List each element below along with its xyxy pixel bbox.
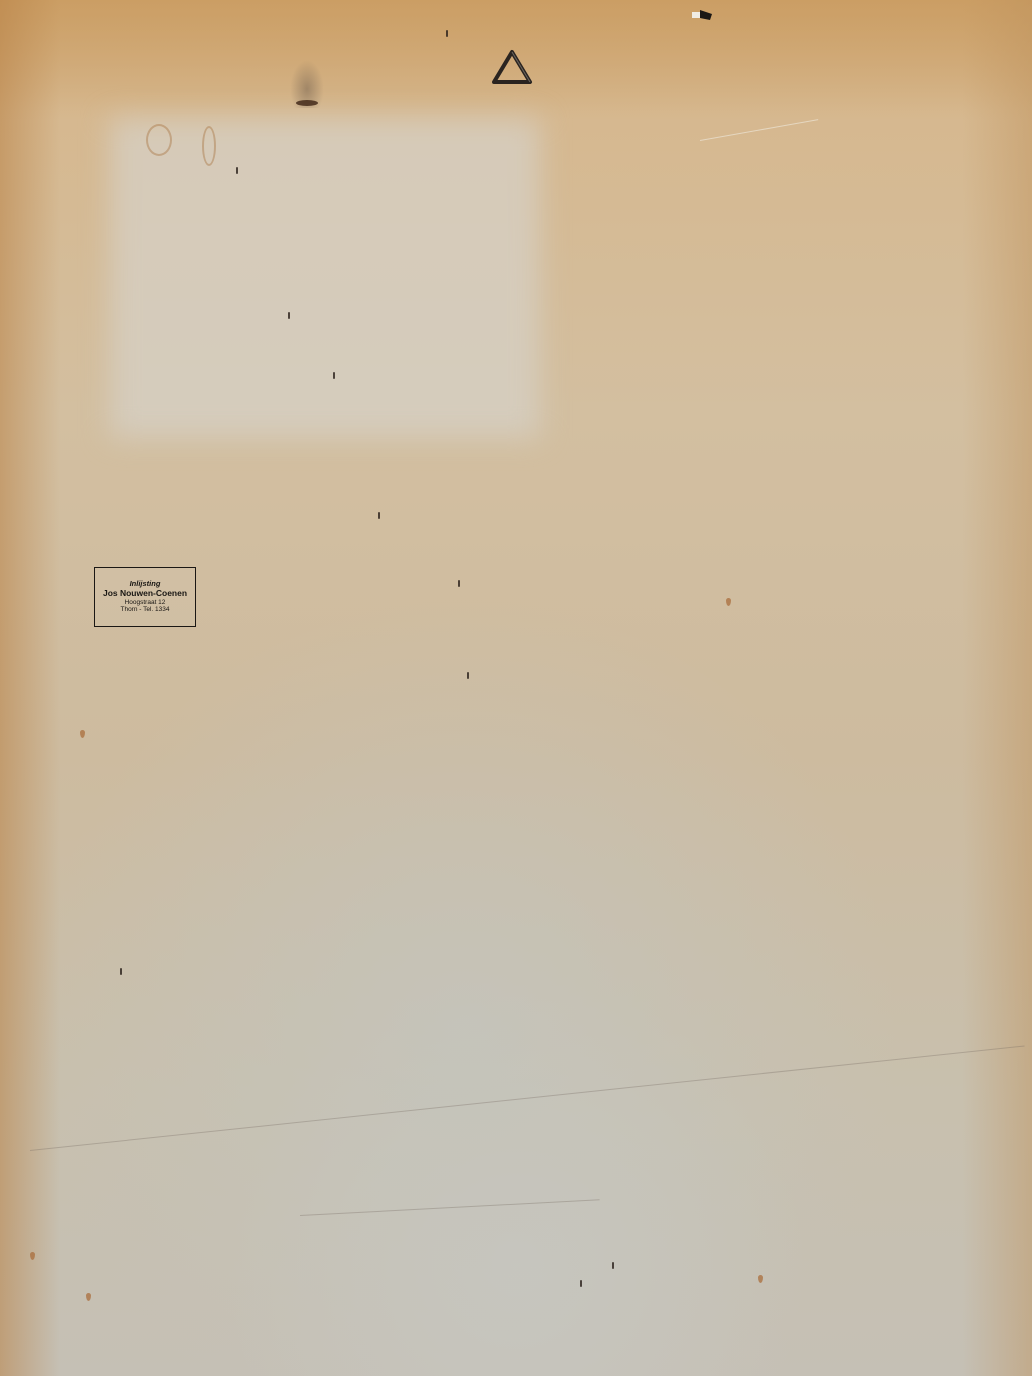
speck [120, 968, 122, 975]
stain-drip [726, 598, 731, 606]
label-address: Hoogstraat 12 [125, 599, 166, 606]
speck [612, 1262, 614, 1269]
speck [236, 167, 238, 174]
speck [288, 312, 290, 319]
faded-patch [110, 118, 540, 438]
stain-drip [758, 1275, 763, 1283]
speck [378, 512, 380, 519]
scratch-line [300, 1199, 600, 1216]
nail-hole [290, 60, 324, 108]
water-stain [146, 124, 172, 156]
right-edge-discoloration [962, 0, 1032, 1376]
stain-drip [86, 1293, 91, 1301]
speck [333, 372, 335, 379]
speck [580, 1280, 582, 1287]
speck [458, 580, 460, 587]
left-edge-discoloration [0, 0, 60, 1376]
speck [446, 30, 448, 37]
frame-backing-board: Inlijsting Jos Nouwen-Coenen Hoogstraat … [0, 0, 1032, 1376]
scratch-line [700, 119, 818, 141]
water-stain [202, 126, 216, 166]
speck [467, 672, 469, 679]
framer-label: Inlijsting Jos Nouwen-Coenen Hoogstraat … [94, 567, 196, 627]
metal-clip-icon [690, 8, 718, 22]
label-business-name: Jos Nouwen-Coenen [103, 589, 187, 599]
stain-drip [80, 730, 85, 738]
triangle-hanger-icon [490, 48, 534, 88]
label-city-phone: Thorn - Tel. 1334 [120, 606, 169, 613]
scratch-line [30, 1045, 1025, 1151]
